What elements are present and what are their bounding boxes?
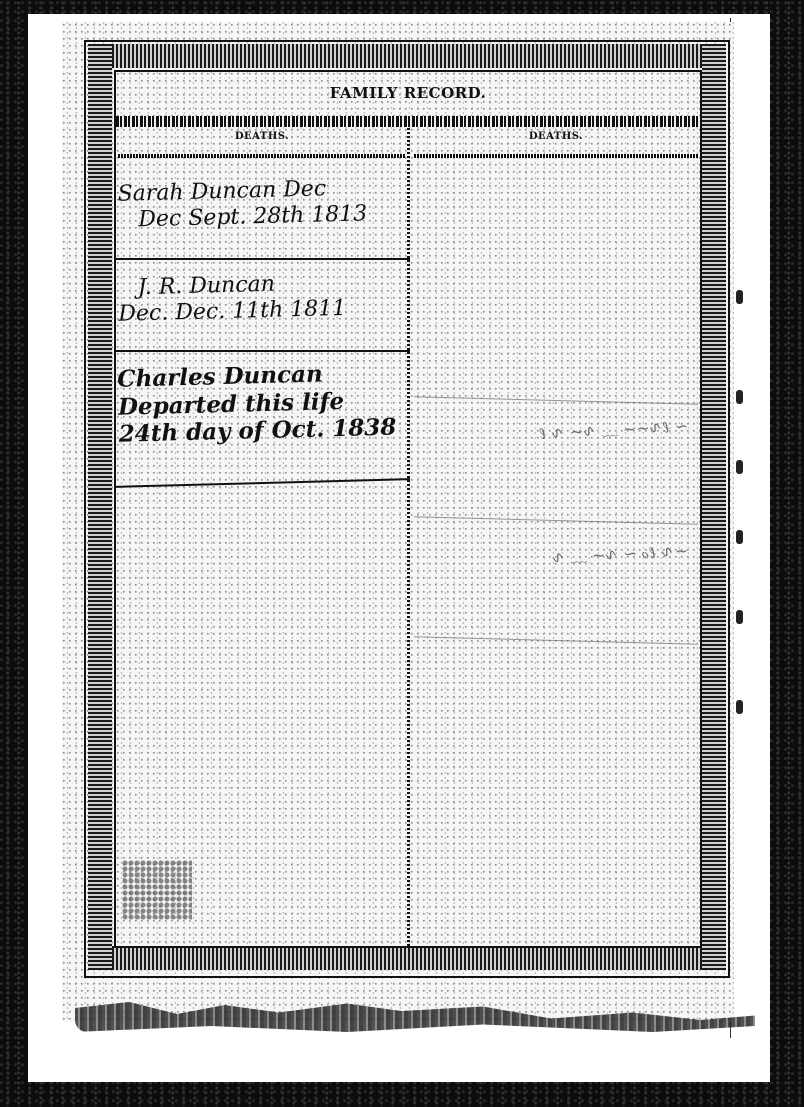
adjacent-page-mark: [736, 290, 743, 304]
death-entry: Sarah Duncan Dec Dec Sept. 28th 1813: [117, 174, 408, 234]
left-header-rule: [118, 154, 406, 158]
page-stain: [122, 860, 192, 920]
page-title: FAMILY RECORD.: [114, 84, 702, 102]
bleed-through-text: ∽∿ ℓℴ ∼ ∿∽ ﹏ ∿: [418, 538, 692, 642]
frame-band-top: [88, 44, 726, 68]
right-header-rule: [414, 154, 698, 158]
entry-separator: [116, 350, 410, 352]
ornamental-rule: [116, 116, 700, 127]
adjacent-page-mark: [736, 610, 743, 624]
bleed-through-text: ∼ ℓ∿∽∽ ﹏ ∿∽ ∿ ℓ: [428, 413, 692, 516]
adjacent-page-mark: [736, 700, 743, 714]
left-column-header: DEATHS.: [118, 131, 406, 142]
adjacent-page-mark: [736, 390, 743, 404]
frame-band-bottom: [88, 946, 726, 970]
frame-band-right: [702, 44, 726, 970]
adjacent-page-edge: [730, 18, 767, 1038]
adjacent-page-mark: [736, 460, 743, 474]
death-entry: J. R. Duncan Dec. Dec. 11th 1811: [117, 268, 408, 328]
column-divider: [407, 128, 410, 946]
frame-band-left: [88, 44, 112, 970]
adjacent-page-mark: [736, 530, 743, 544]
entry-separator: [116, 258, 410, 260]
right-column-header: DEATHS.: [412, 131, 700, 142]
death-entry: Charles Duncan Departed this life 24th d…: [117, 358, 409, 448]
